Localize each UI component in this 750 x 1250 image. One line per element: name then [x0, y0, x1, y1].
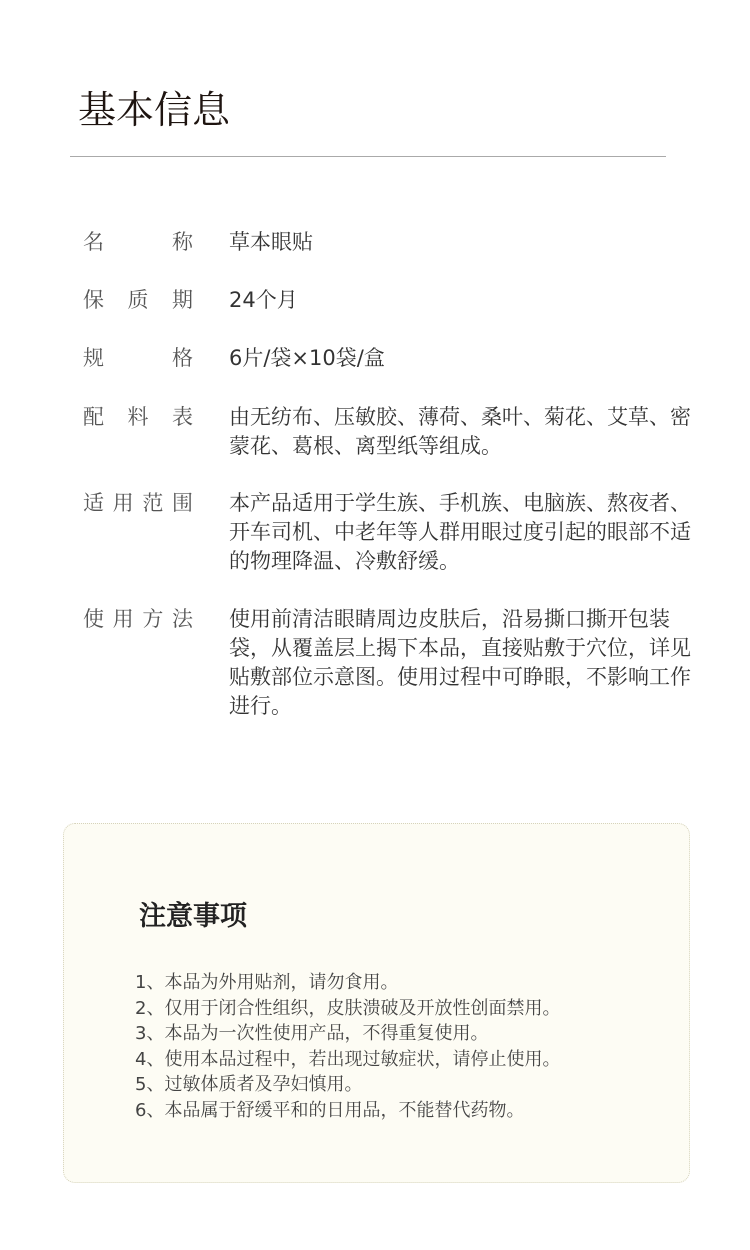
notice-item: 6、本品属于舒缓平和的日用品，不能替代药物。 [135, 1098, 560, 1124]
info-value-specification: 6片/袋×10袋/盒 [229, 344, 691, 373]
info-value-name: 草本眼贴 [229, 228, 691, 257]
label-char: 名 [83, 228, 104, 257]
info-row-name: 名 称 草本眼贴 [83, 228, 691, 257]
notice-item: 1、本品为外用贴剂，请勿食用。 [135, 970, 560, 996]
label-char: 料 [128, 403, 149, 432]
info-value-usage: 使用前清洁眼睛周边皮肤后，沿易撕口撕开包装袋，从覆盖层上揭下本品，直接贴敷于穴位… [229, 605, 691, 721]
label-char: 保 [83, 286, 104, 315]
info-label-name: 名 称 [83, 228, 229, 257]
info-label-ingredients: 配 料 表 [83, 403, 229, 432]
info-label-scope: 适 用 范 围 [83, 489, 229, 518]
label-char: 围 [172, 489, 193, 518]
label-char: 质 [128, 286, 149, 315]
label-char: 使 [83, 605, 104, 634]
info-label-usage: 使 用 方 法 [83, 605, 229, 634]
info-label-specification: 规 格 [83, 344, 229, 373]
notice-item: 3、本品为一次性使用产品，不得重复使用。 [135, 1021, 560, 1047]
info-value-shelf-life: 24个月 [229, 286, 691, 315]
label-char: 称 [172, 228, 193, 257]
notice-list: 1、本品为外用贴剂，请勿食用。 2、仅用于闭合性组织，皮肤溃破及开放性创面禁用。… [135, 970, 560, 1123]
notice-item: 2、仅用于闭合性组织，皮肤溃破及开放性创面禁用。 [135, 996, 560, 1022]
label-char: 表 [172, 403, 193, 432]
info-value-scope: 本产品适用于学生族、手机族、电脑族、熬夜者、开车司机、中老年等人群用眼过度引起的… [229, 489, 691, 576]
title-divider [70, 156, 666, 157]
info-label-shelf-life: 保 质 期 [83, 286, 229, 315]
label-char: 格 [172, 344, 193, 373]
label-char: 法 [172, 605, 193, 634]
notice-item: 5、过敏体质者及孕妇慎用。 [135, 1072, 560, 1098]
info-row-usage: 使 用 方 法 使用前清洁眼睛周边皮肤后，沿易撕口撕开包装袋，从覆盖层上揭下本品… [83, 605, 691, 721]
label-char: 期 [172, 286, 193, 315]
label-char: 方 [142, 605, 163, 634]
label-char: 范 [142, 489, 163, 518]
label-char: 配 [83, 403, 104, 432]
info-row-ingredients: 配 料 表 由无纺布、压敏胶、薄荷、桑叶、菊花、艾草、密蒙花、葛根、离型纸等组成… [83, 403, 691, 461]
label-char: 适 [83, 489, 104, 518]
label-char: 用 [113, 489, 134, 518]
section-title-basic-info: 基本信息 [78, 86, 230, 134]
label-char: 规 [83, 344, 104, 373]
notice-item: 4、使用本品过程中，若出现过敏症状，请停止使用。 [135, 1047, 560, 1073]
notice-title: 注意事项 [139, 899, 247, 935]
label-char: 用 [113, 605, 134, 634]
info-row-specification: 规 格 6片/袋×10袋/盒 [83, 344, 691, 373]
notice-box: 注意事项 1、本品为外用贴剂，请勿食用。 2、仅用于闭合性组织，皮肤溃破及开放性… [63, 823, 690, 1183]
info-value-ingredients: 由无纺布、压敏胶、薄荷、桑叶、菊花、艾草、密蒙花、葛根、离型纸等组成。 [229, 403, 691, 461]
info-row-scope: 适 用 范 围 本产品适用于学生族、手机族、电脑族、熬夜者、开车司机、中老年等人… [83, 489, 691, 576]
info-row-shelf-life: 保 质 期 24个月 [83, 286, 691, 315]
